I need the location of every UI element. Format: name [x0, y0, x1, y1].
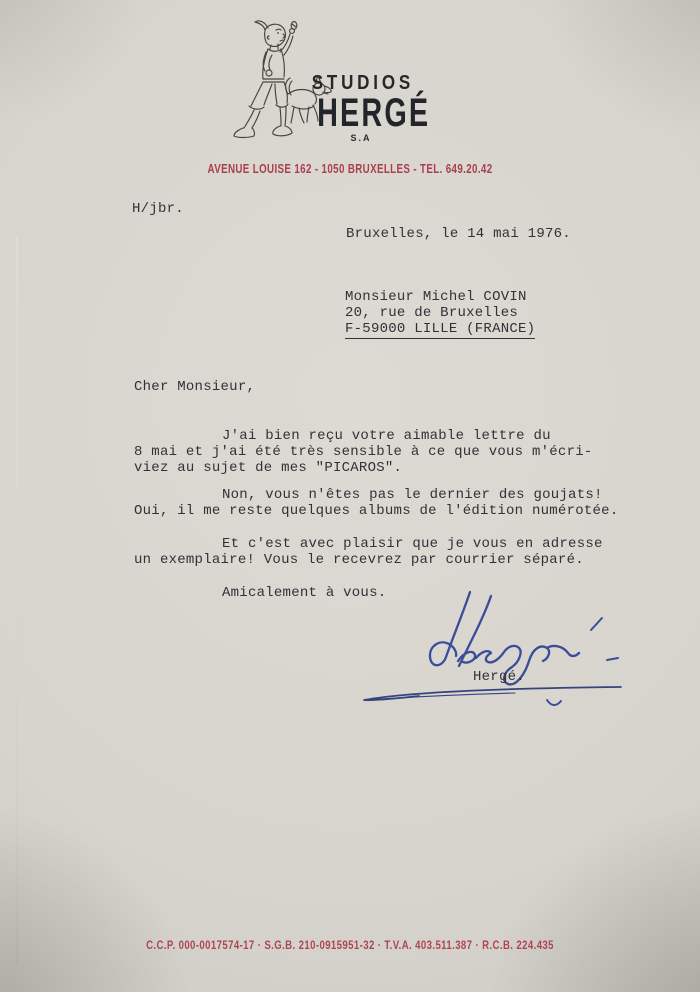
paragraph-line: J'ai bien reçu votre aimable lettre du [134, 429, 593, 445]
typed-signature-name: Hergé. [473, 670, 525, 686]
recipient-city: F-59000 LILLE (FRANCE) [345, 321, 535, 337]
paragraph-line: Et c'est avec plaisir que je vous en adr… [134, 537, 603, 553]
reference-code: H/jbr. [132, 202, 184, 218]
paragraph-3: Et c'est avec plaisir que je vous en adr… [134, 537, 603, 569]
herge-signature-icon [355, 575, 640, 720]
paragraph-line: un exemplaire! Vous le recevrez par cour… [134, 553, 603, 569]
paragraph-line: Oui, il me reste quelques albums de l'éd… [134, 504, 618, 520]
company-name-line2: HERGÉ [317, 94, 405, 132]
recipient-name: Monsieur Michel COVIN [345, 289, 535, 305]
paragraph-1: J'ai bien reçu votre aimable lettre du 8… [134, 429, 593, 476]
dateline: Bruxelles, le 14 mai 1976. [346, 227, 571, 243]
paper-crease [16, 235, 18, 965]
closing-line: Amicalement à vous. [134, 586, 386, 602]
recipient-block: Monsieur Michel COVIN 20, rue de Bruxell… [345, 289, 535, 338]
company-legal-form: S.A [300, 133, 422, 143]
paragraph-line: 8 mai et j'ai été très sensible à ce que… [134, 445, 593, 461]
letter-page: STUDIOS HERGÉ S.A AVENUE LOUISE 162 - 10… [0, 0, 700, 992]
footer-registration-line: C.C.P. 000-0017574-17 · S.G.B. 210-09159… [70, 938, 630, 952]
paragraph-line: Non, vous n'êtes pas le dernier des gouj… [134, 488, 618, 504]
recipient-street: 20, rue de Bruxelles [345, 305, 535, 321]
letterhead-address: AVENUE LOUISE 162 - 1050 BRUXELLES - TEL… [88, 161, 613, 176]
tintin-figure [234, 21, 297, 138]
salutation: Cher Monsieur, [134, 380, 255, 396]
paragraph-line: viez au sujet de mes "PICAROS". [134, 461, 593, 477]
paragraph-2: Non, vous n'êtes pas le dernier des gouj… [134, 488, 618, 520]
